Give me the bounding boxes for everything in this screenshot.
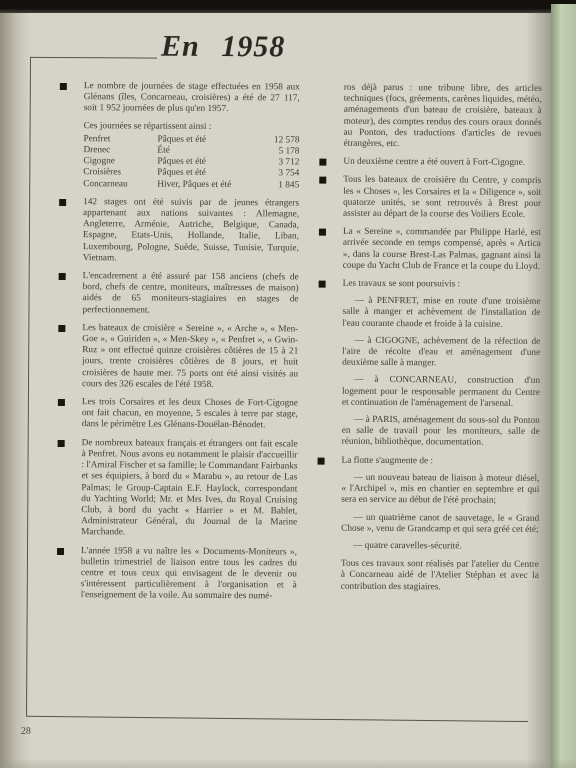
table-row: Concarneau Hiver, Pâques et été 1 845 [83,179,299,192]
paragraph: L'encadrement a été assuré par 158 ancie… [82,271,298,317]
table-intro: Ces journées se répartissent ainsi : [84,121,300,134]
bullet-item: L'encadrement a été assuré par 158 ancie… [58,271,298,317]
page-title: En 1958 [161,30,285,65]
bullet-square-icon [58,325,65,332]
bullet-square-icon [58,440,65,447]
book-edge-green-strip [551,4,576,768]
content-columns: Le nombre de journées de stage effectuée… [57,81,542,611]
days-cell: 12 578 [247,135,299,147]
page-number: 28 [21,726,31,737]
dash-paragraph: — à PENFRET, mise en route d'une troisiè… [342,296,540,331]
paragraph: De nombreux bateaux français et étranger… [81,438,298,540]
days-cell: 5 178 [247,146,299,158]
bullet-item: 142 stages ont été suivis par de jeunes … [59,197,299,266]
bullet-body: Le nombre de journées de stage effectuée… [83,81,300,191]
dash-paragraph: — à CONCARNEAU, construction d'un logeme… [342,375,540,410]
bullet-body: Les travaux se sont poursuivis : — à PEN… [342,279,541,450]
dash-paragraph: — à CIGOGNE, achèvement de la réfection … [342,336,540,371]
dash-paragraph: — un quatrième canot de sauvetage, le « … [341,512,539,536]
paragraph: Tous les bateaux de croisière du Centre,… [343,175,541,221]
stage-days-table: Penfret Pâques et été 12 578 Drenec Été … [83,134,299,191]
scan-bottom-shade [0,758,576,768]
bullet-spacer [320,83,327,90]
paragraph: Les travaux se sont poursuivis : [343,279,541,291]
bullet-square-icon [59,199,66,206]
bullet-item: Un deuxième centre a été ouvert à Fort-C… [319,157,541,170]
continuation-item: ros déjà parus : une tribune libre, des … [319,83,541,152]
dash-paragraph: — quatre caravelles-sécurité. [341,541,539,553]
bullet-square-icon [59,273,66,280]
site-cell: Concarneau [83,179,157,191]
paragraph: Les bateaux de croisière « Sereine », « … [82,323,298,392]
bullet-square-icon [318,457,325,464]
bullet-item: Tous les bateaux de croisière du Centre,… [319,175,541,221]
site-cell: Penfret [83,134,157,146]
bullet-item: La flotte s'augmente de : — un nouveau b… [317,455,540,553]
content-frame-left [26,57,31,716]
page-sheet: En 1958 Le nombre de journées de stage e… [0,0,576,768]
paragraph: ros déjà parus : une tribune libre, des … [343,83,541,151]
bullet-body: La flotte s'augmente de : — un nouveau b… [341,455,540,553]
bullet-item: L'année 1958 a vu naître les « Documents… [57,546,297,603]
paragraph: La « Sereine », commandée par Philippe H… [343,227,541,273]
scanned-book-page: En 1958 Le nombre de journées de stage e… [0,0,576,768]
bullet-square-icon [319,159,326,166]
bullet-square-icon [319,177,326,184]
days-cell: 1 845 [247,180,299,192]
period-cell: Pâques et été [157,134,247,146]
column-left: Le nombre de journées de stage effectuée… [57,81,300,610]
title-rule [30,57,157,59]
bullet-spacer [317,559,324,566]
bullet-square-icon [60,83,67,90]
content-frame-bottom [26,716,528,722]
bullet-square-icon [58,399,65,406]
paragraph: Les trois Corsaires et les deux Choses d… [82,397,298,432]
period-cell: Été [157,146,247,158]
dash-paragraph: — à PARIS, aménagement du sous-sol du Po… [342,415,540,450]
paragraph: 142 stages ont été suivis par de jeunes … [83,197,299,266]
bullet-square-icon [319,281,326,288]
dash-paragraph: — un nouveau bateau de liaison à moteur … [341,473,539,508]
period-cell: Pâques et été [157,157,247,169]
site-cell: Cigogne [83,156,157,168]
bullet-square-icon [319,229,326,236]
bullet-item: De nombreux bateaux français et étranger… [57,438,298,540]
closing-item: Tous ces travaux sont réalisés par l'ate… [317,559,539,594]
bullet-item: Les trois Corsaires et les deux Choses d… [58,397,298,432]
paragraph: La flotte s'augmente de : [342,455,540,467]
period-cell: Hiver, Pâques et été [157,179,247,191]
site-cell: Drenec [83,145,157,157]
paragraph: Un deuxième centre a été ouvert à Fort-C… [343,157,541,169]
bullet-item: La « Sereine », commandée par Philippe H… [319,227,541,273]
bullet-item: Les bateaux de croisière « Sereine », « … [58,323,298,392]
column-right: ros déjà parus : une tribune libre, des … [317,83,542,612]
bullet-item: Les travaux se sont poursuivis : — à PEN… [318,279,541,450]
days-cell: 3 712 [247,157,299,169]
paragraph: Le nombre de journées de stage effectuée… [84,81,300,116]
paragraph: Tous ces travaux sont réalisés par l'ate… [341,559,539,594]
paragraph: L'année 1958 a vu naître les « Documents… [81,546,297,603]
bullet-item: Le nombre de journées de stage effectuée… [59,81,300,191]
period-cell: Pâques et été [157,168,247,180]
site-cell: Croisières [83,168,157,180]
bullet-square-icon [57,548,64,555]
days-cell: 3 754 [247,169,299,181]
page-curl-shadow [526,13,552,768]
